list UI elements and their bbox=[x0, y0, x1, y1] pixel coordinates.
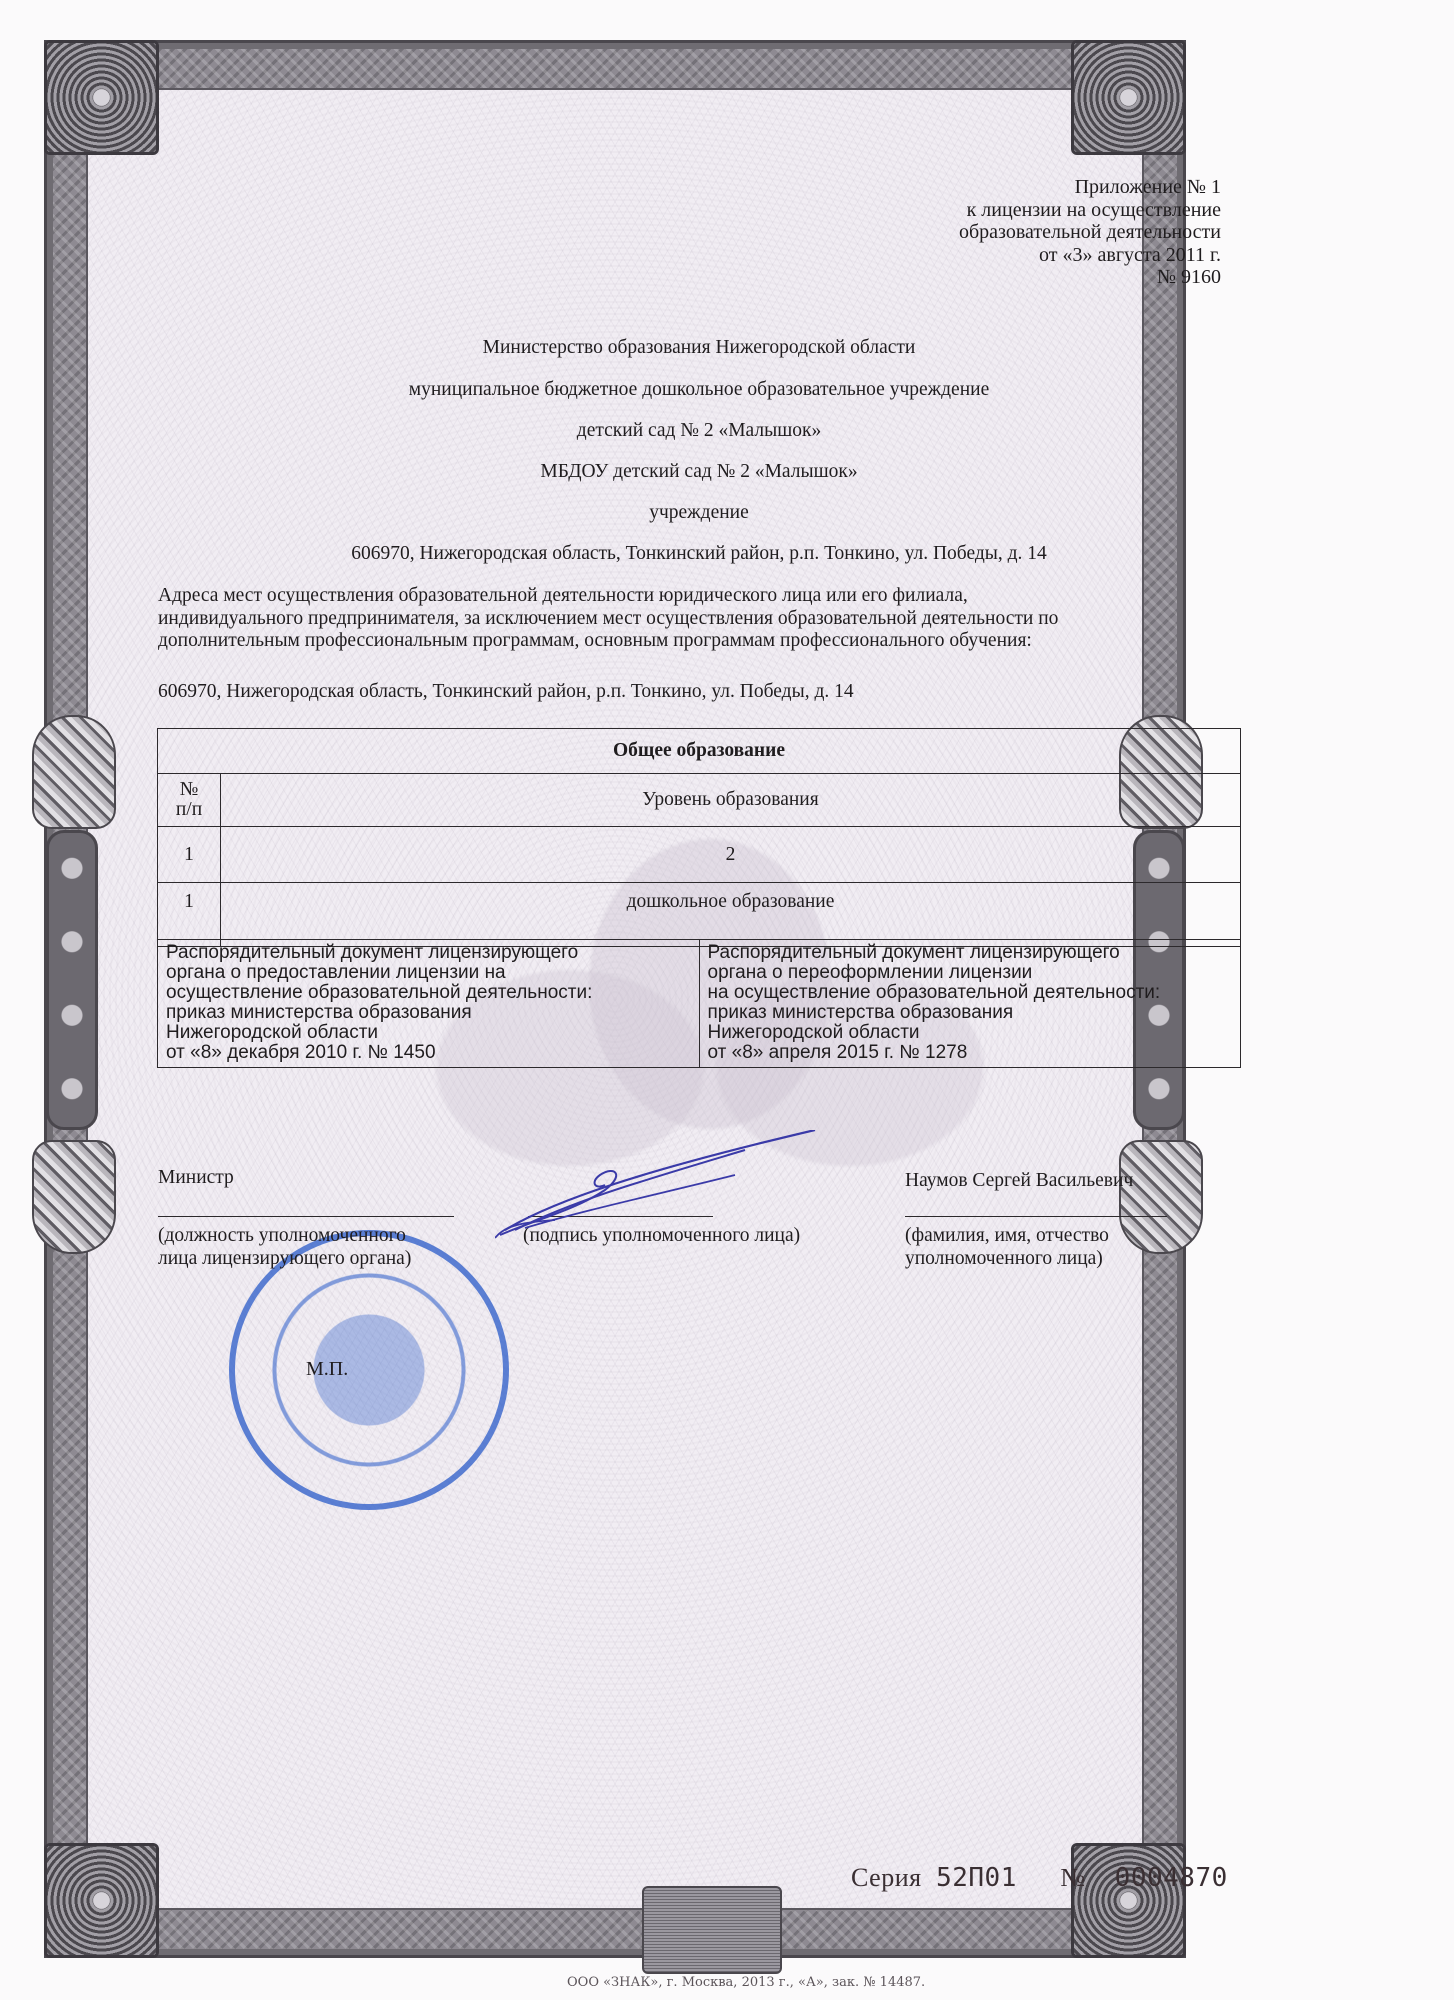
order-line: на осуществление образовательной деятель… bbox=[708, 983, 1233, 1003]
annex-date: от «3» августа 2011 г. bbox=[959, 244, 1221, 267]
printer-note: ООО «ЗНАК», г. Москва, 2013 г., «А», зак… bbox=[567, 1975, 925, 1990]
corner-ornament-icon bbox=[1071, 1843, 1186, 1958]
bottom-emblem-icon bbox=[642, 1886, 782, 1974]
order-line: Нижегородской области bbox=[708, 1023, 1233, 1043]
number-label: № bbox=[1060, 1863, 1085, 1892]
activity-address: 606970, Нижегородская область, Тонкински… bbox=[158, 681, 854, 703]
addresses-intro-line: индивидуального предпринимателя, за искл… bbox=[158, 608, 1248, 631]
knot-ornament-icon bbox=[32, 1140, 116, 1254]
row-level: 2 bbox=[221, 827, 1241, 883]
number-value: 0004870 bbox=[1115, 1863, 1228, 1893]
annex-number: № 9160 bbox=[959, 266, 1221, 289]
annex-line: к лицензии на осуществление bbox=[959, 199, 1221, 222]
grant-order-cell: Распорядительный документ лицензирующего… bbox=[158, 940, 700, 1068]
series-label: Серия bbox=[851, 1863, 922, 1892]
row-level: дошкольное образование bbox=[221, 883, 1241, 947]
order-line: органа о предоставлении лицензии на bbox=[166, 963, 691, 983]
table-row: 1 2 bbox=[158, 827, 1241, 883]
form-series-number: Серия 52П01 № 0004870 bbox=[851, 1862, 1228, 1893]
seal-mark-label: М.П. bbox=[306, 1358, 348, 1381]
column-header-number-line: № bbox=[158, 780, 220, 800]
signatory-full-name: Наумов Сергей Васильевич bbox=[905, 1170, 1133, 1193]
orders-table: Распорядительный документ лицензирующего… bbox=[157, 939, 1241, 1068]
official-seal-stamp bbox=[229, 1230, 509, 1510]
order-line: приказ министерства образования bbox=[708, 1003, 1233, 1023]
corner-ornament-icon bbox=[44, 40, 159, 155]
annex-line: образовательной деятельности bbox=[959, 221, 1221, 244]
signatory-position: Министр bbox=[158, 1167, 234, 1190]
order-line: приказ министерства образования bbox=[166, 1003, 691, 1023]
name-caption: (фамилия, имя, отчество bbox=[905, 1225, 1109, 1248]
row-number: 1 bbox=[158, 883, 221, 947]
name-caption: уполномоченного лица) bbox=[905, 1248, 1103, 1271]
corner-ornament-icon bbox=[1071, 40, 1186, 155]
side-ornament-panel bbox=[46, 830, 98, 1130]
table-row: 1 дошкольное образование bbox=[158, 883, 1241, 947]
order-date-number: от «8» апреля 2015 г. № 1278 bbox=[708, 1043, 1233, 1063]
organization-short-name: МБДОУ детский сад № 2 «Малышок» bbox=[157, 461, 1241, 483]
column-header-number-line: п/п bbox=[158, 800, 220, 820]
name-underline bbox=[905, 1216, 1167, 1217]
organization-full-name: муниципальное бюджетное дошкольное образ… bbox=[157, 379, 1241, 401]
position-underline bbox=[158, 1216, 454, 1217]
position-caption: (должность уполномоченного bbox=[158, 1225, 406, 1248]
annex-title: Приложение № 1 bbox=[959, 176, 1221, 199]
order-line: органа о переоформлении лицензии bbox=[708, 963, 1233, 983]
education-levels-table: Общее образование № п/п Уровень образова… bbox=[157, 728, 1241, 947]
addresses-intro-line: Адреса мест осуществления образовательно… bbox=[158, 585, 1248, 608]
order-line: Нижегородской области bbox=[166, 1023, 691, 1043]
table-title: Общее образование bbox=[158, 729, 1241, 774]
position-caption: лица лицензирующего органа) bbox=[158, 1248, 411, 1271]
reissue-order-cell: Распорядительный документ лицензирующего… bbox=[699, 940, 1241, 1068]
knot-ornament-icon bbox=[32, 715, 116, 829]
corner-ornament-icon bbox=[44, 1843, 159, 1958]
addresses-intro-line: дополнительным профессиональным программ… bbox=[158, 630, 1248, 653]
organization-type: учреждение bbox=[157, 502, 1241, 524]
authority-name: Министерство образования Нижегородской о… bbox=[157, 337, 1241, 359]
organization-address: 606970, Нижегородская область, Тонкински… bbox=[157, 543, 1241, 565]
order-date-number: от «8» декабря 2010 г. № 1450 bbox=[166, 1043, 691, 1063]
knot-ornament-icon bbox=[1119, 1140, 1203, 1254]
order-line: Распорядительный документ лицензирующего bbox=[708, 943, 1233, 963]
row-number: 1 bbox=[158, 827, 221, 883]
order-line: Распорядительный документ лицензирующего bbox=[166, 943, 691, 963]
annex-header: Приложение № 1 к лицензии на осуществлен… bbox=[959, 176, 1221, 289]
series-value: 52П01 bbox=[936, 1863, 1017, 1893]
column-header-level: Уровень образования bbox=[221, 774, 1241, 827]
order-line: осуществление образовательной деятельнос… bbox=[166, 983, 691, 1003]
organization-name: детский сад № 2 «Малышок» bbox=[157, 420, 1241, 442]
addresses-intro: Адреса мест осуществления образовательно… bbox=[158, 585, 1248, 653]
handwritten-signature-icon bbox=[495, 1130, 825, 1250]
column-header-number: № п/п bbox=[158, 774, 221, 827]
